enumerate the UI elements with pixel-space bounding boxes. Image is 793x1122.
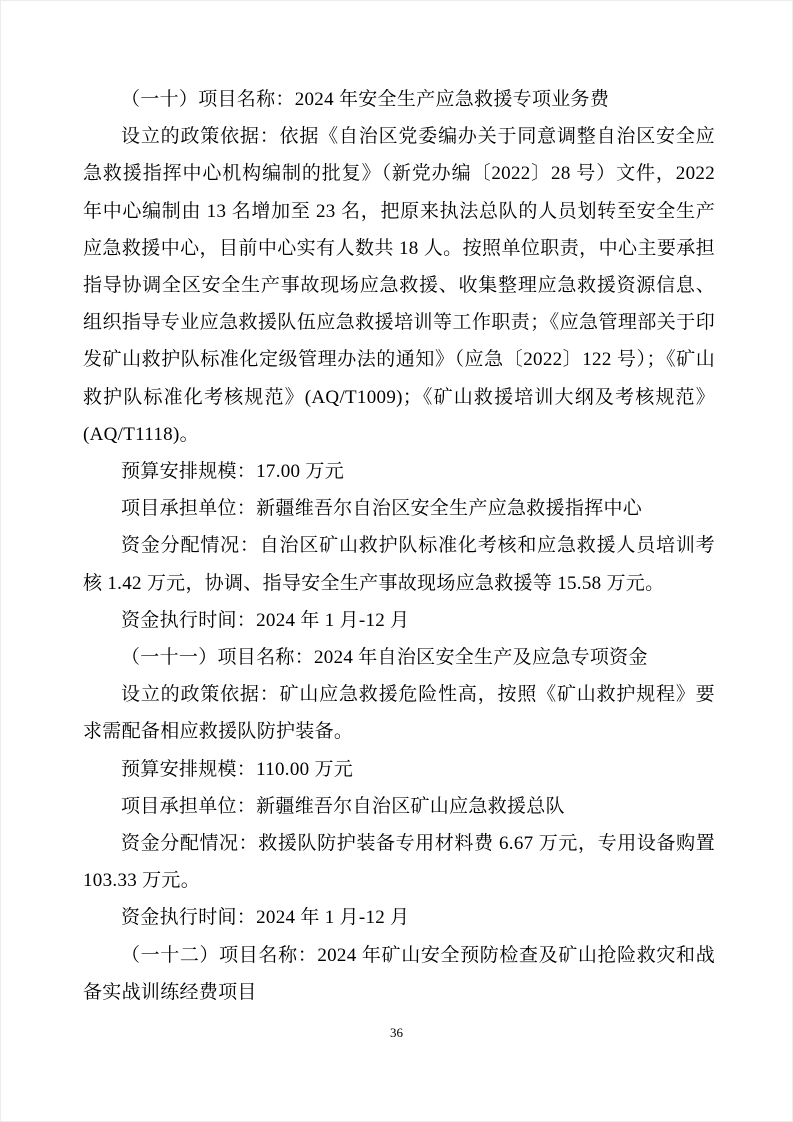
paragraph-project11-name: （一十一）项目名称：2024 年自治区安全生产及应急专项资金 <box>83 639 715 676</box>
paragraph-project11-fund-allocation: 资金分配情况：救援队防护装备专用材料费 6.67 万元，专用设备购置 103.3… <box>83 825 715 899</box>
paragraph-project10-execution-time: 资金执行时间：2024 年 1 月-12 月 <box>83 602 715 639</box>
paragraph-project12-name: （一十二）项目名称：2024 年矿山安全预防检查及矿山抢险救灾和战备实战训练经费… <box>83 937 715 1011</box>
paragraph-project10-budget: 预算安排规模：17.00 万元 <box>83 453 715 490</box>
paragraph-project11-budget: 预算安排规模：110.00 万元 <box>83 751 715 788</box>
paragraph-project10-policy-basis: 设立的政策依据：依据《自治区党委编办关于同意调整自治区安全应急救援指挥中心机构编… <box>83 118 715 453</box>
paragraph-project10-fund-allocation: 资金分配情况：自治区矿山救护队标准化考核和应急救援人员培训考核 1.42 万元，… <box>83 527 715 601</box>
page-number: 36 <box>1 1025 792 1041</box>
document-body: （一十）项目名称：2024 年安全生产应急救援专项业务费 设立的政策依据：依据《… <box>83 81 715 1011</box>
paragraph-project11-undertaker: 项目承担单位：新疆维吾尔自治区矿山应急救援总队 <box>83 788 715 825</box>
paragraph-project10-name: （一十）项目名称：2024 年安全生产应急救援专项业务费 <box>83 81 715 118</box>
paragraph-project11-execution-time: 资金执行时间：2024 年 1 月-12 月 <box>83 899 715 936</box>
document-page: （一十）项目名称：2024 年安全生产应急救援专项业务费 设立的政策依据：依据《… <box>0 0 793 1122</box>
paragraph-project11-policy-basis: 设立的政策依据：矿山应急救援危险性高，按照《矿山救护规程》要求需配备相应救援队防… <box>83 676 715 750</box>
paragraph-project10-undertaker: 项目承担单位：新疆维吾尔自治区安全生产应急救援指挥中心 <box>83 490 715 527</box>
